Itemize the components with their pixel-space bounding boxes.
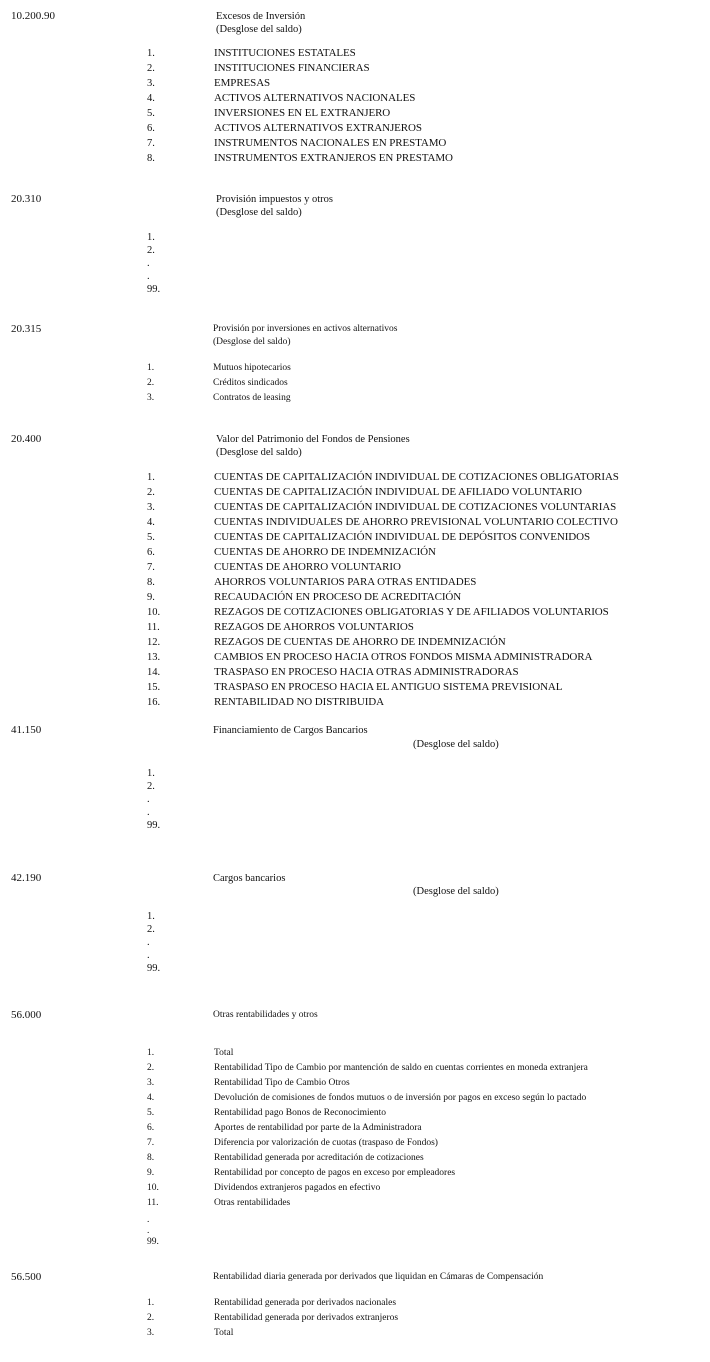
item-number: 3.: [147, 391, 154, 406]
section-subtitle: (Desglose del saldo): [216, 205, 302, 220]
account-code: 41.150: [11, 723, 41, 738]
item-label: Rentabilidad por concepto de pagos en ex…: [214, 1166, 455, 1181]
item-label: ACTIVOS ALTERNATIVOS EXTRANJEROS: [214, 121, 422, 136]
item-label: AHORROS VOLUNTARIOS PARA OTRAS ENTIDADES: [214, 575, 476, 590]
item-number: 3.: [147, 1076, 154, 1091]
section-subtitle: (Desglose del saldo): [413, 884, 499, 899]
item-label: Aportes de rentabilidad por parte de la …: [214, 1121, 422, 1136]
item-label: INSTITUCIONES ESTATALES: [214, 46, 356, 61]
account-code: 20.315: [11, 322, 41, 337]
item-label: TRASPASO EN PROCESO HACIA OTRAS ADMINIST…: [214, 665, 518, 680]
item-number: 5.: [147, 530, 155, 545]
item-number: 1.: [147, 1296, 154, 1311]
item-number: 6.: [147, 545, 155, 560]
item-label: Otras rentabilidades: [214, 1196, 290, 1211]
item-label: Rentabilidad generada por derivados extr…: [214, 1311, 398, 1326]
item-number: 99.: [147, 1235, 159, 1250]
item-number: 8.: [147, 151, 155, 166]
item-label: Créditos sindicados: [213, 376, 288, 391]
item-number: 2.: [147, 376, 154, 391]
item-label: CUENTAS INDIVIDUALES DE AHORRO PREVISION…: [214, 515, 618, 530]
item-label: Rentabilidad Tipo de Cambio por mantenci…: [214, 1061, 588, 1076]
item-label: INVERSIONES EN EL EXTRANJERO: [214, 106, 390, 121]
item-number: 4.: [147, 91, 155, 106]
item-number: 5.: [147, 1106, 154, 1121]
item-number: 8.: [147, 575, 155, 590]
item-label: Rentabilidad Tipo de Cambio Otros: [214, 1076, 350, 1091]
item-label: CUENTAS DE AHORRO DE INDEMNIZACIÓN: [214, 545, 436, 560]
item-number: 12.: [147, 635, 160, 650]
section-subtitle: (Desglose del saldo): [216, 22, 302, 37]
item-number: 13.: [147, 650, 160, 665]
item-number: 10.: [147, 1181, 159, 1196]
account-code: 56.500: [11, 1270, 41, 1285]
section-title: Cargos bancarios: [213, 871, 285, 886]
account-code: 42.190: [11, 871, 41, 886]
item-number: 6.: [147, 121, 155, 136]
item-label: CUENTAS DE CAPITALIZACIÓN INDIVIDUAL DE …: [214, 500, 616, 515]
item-label: CAMBIOS EN PROCESO HACIA OTROS FONDOS MI…: [214, 650, 592, 665]
section-subtitle: (Desglose del saldo): [413, 737, 499, 752]
item-number: 8.: [147, 1151, 154, 1166]
item-number: 7.: [147, 1136, 154, 1151]
item-label: Contratos de leasing: [213, 391, 291, 406]
item-label: INSTRUMENTOS NACIONALES EN PRESTAMO: [214, 136, 446, 151]
item-label: ACTIVOS ALTERNATIVOS NACIONALES: [214, 91, 415, 106]
item-number: 99.: [147, 818, 160, 833]
item-label: Rentabilidad generada por derivados naci…: [214, 1296, 396, 1311]
account-code: 20.310: [11, 192, 41, 207]
item-number: 99.: [147, 961, 160, 976]
item-label: CUENTAS DE CAPITALIZACIÓN INDIVIDUAL DE …: [214, 485, 582, 500]
section-subtitle: (Desglose del saldo): [216, 445, 302, 460]
account-code: 20.400: [11, 432, 41, 447]
item-label: Total: [214, 1046, 233, 1061]
item-number: 14.: [147, 665, 160, 680]
section-title: Financiamiento de Cargos Bancarios: [213, 723, 368, 738]
item-number: 9.: [147, 590, 155, 605]
item-number: 5.: [147, 106, 155, 121]
item-number: 1.: [147, 46, 155, 61]
item-number: 4.: [147, 515, 155, 530]
item-label: RECAUDACIÓN EN PROCESO DE ACREDITACIÓN: [214, 590, 461, 605]
section-title: Rentabilidad diaria generada por derivad…: [213, 1270, 543, 1285]
item-number: 16.: [147, 695, 160, 710]
item-number: 15.: [147, 680, 160, 695]
item-number: 1.: [147, 361, 154, 376]
section-title: Otras rentabilidades y otros: [213, 1008, 318, 1023]
item-label: REZAGOS DE COTIZACIONES OBLIGATORIAS Y D…: [214, 605, 609, 620]
item-number: 2.: [147, 485, 155, 500]
item-label: INSTITUCIONES FINANCIERAS: [214, 61, 369, 76]
account-code: 10.200.90: [11, 9, 55, 24]
item-number: 1.: [147, 470, 155, 485]
item-number: 11.: [147, 1196, 159, 1211]
item-label: REZAGOS DE CUENTAS DE AHORRO DE INDEMNIZ…: [214, 635, 506, 650]
item-number: 6.: [147, 1121, 154, 1136]
section-subtitle: (Desglose del saldo): [213, 335, 291, 350]
item-number: 99.: [147, 282, 160, 297]
item-label: RENTABILIDAD NO DISTRIBUIDA: [214, 695, 384, 710]
item-number: 4.: [147, 1091, 154, 1106]
item-number: 7.: [147, 136, 155, 151]
account-code: 56.000: [11, 1008, 41, 1023]
item-label: Dividendos extranjeros pagados en efecti…: [214, 1181, 380, 1196]
item-label: TRASPASO EN PROCESO HACIA EL ANTIGUO SIS…: [214, 680, 562, 695]
item-label: Rentabilidad generada por acreditación d…: [214, 1151, 424, 1166]
item-number: 7.: [147, 560, 155, 575]
item-label: Rentabilidad pago Bonos de Reconocimient…: [214, 1106, 386, 1121]
item-label: EMPRESAS: [214, 76, 270, 91]
item-label: CUENTAS DE CAPITALIZACIÓN INDIVIDUAL DE …: [214, 470, 619, 485]
item-number: 3.: [147, 500, 155, 515]
item-number: 1.: [147, 1046, 154, 1061]
item-label: Diferencia por valorización de cuotas (t…: [214, 1136, 438, 1151]
item-number: 11.: [147, 620, 160, 635]
item-label: Devolución de comisiones de fondos mutuo…: [214, 1091, 586, 1106]
item-number: 2.: [147, 1061, 154, 1076]
item-label: REZAGOS DE AHORROS VOLUNTARIOS: [214, 620, 414, 635]
item-number: 10.: [147, 605, 160, 620]
item-number: 3.: [147, 76, 155, 91]
item-number: 2.: [147, 61, 155, 76]
item-label: INSTRUMENTOS EXTRANJEROS EN PRESTAMO: [214, 151, 453, 166]
item-number: 3.: [147, 1326, 154, 1341]
item-number: 9.: [147, 1166, 154, 1181]
item-label: Mutuos hipotecarios: [213, 361, 291, 376]
item-label: CUENTAS DE AHORRO VOLUNTARIO: [214, 560, 401, 575]
item-label: CUENTAS DE CAPITALIZACIÓN INDIVIDUAL DE …: [214, 530, 590, 545]
item-label: Total: [214, 1326, 233, 1341]
item-number: 2.: [147, 1311, 154, 1326]
